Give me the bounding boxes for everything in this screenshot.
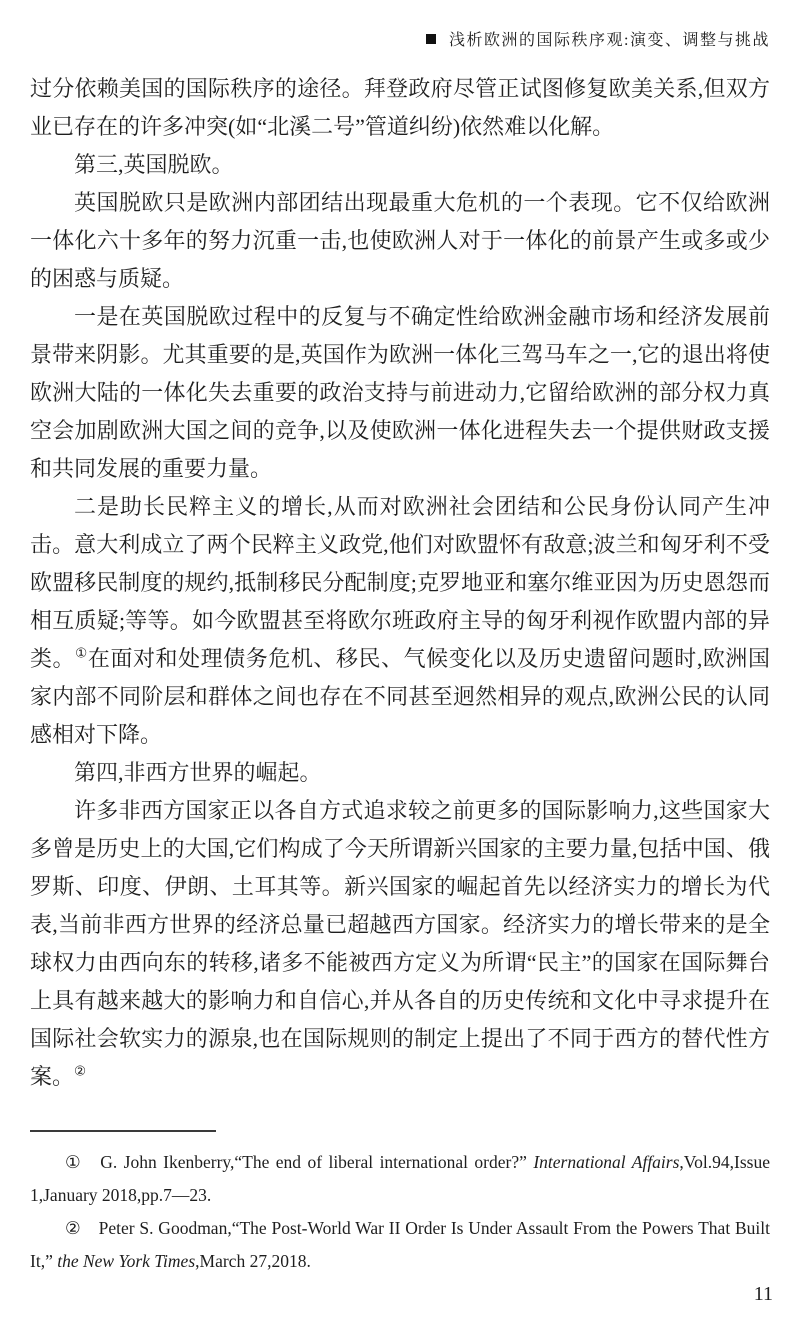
page-number: 11 <box>754 1283 773 1306</box>
footnote-item: ① G. John Ikenberry,“The end of liberal … <box>30 1146 770 1212</box>
footnotes: ① G. John Ikenberry,“The end of liberal … <box>30 1146 770 1278</box>
footnote-item: ② Peter S. Goodman,“The Post-World War I… <box>30 1212 770 1278</box>
body-paragraph: 第四,非西方世界的崛起。 <box>30 754 770 792</box>
body-text: 过分依赖美国的国际秩序的途径。拜登政府尽管正试图修复欧美关系,但双方业已存在的许… <box>30 70 770 1096</box>
footnote-ref: ② <box>74 1064 86 1079</box>
italic-text: International Affairs <box>533 1152 679 1172</box>
body-paragraph: 英国脱欧只是欧洲内部团结出现最重大危机的一个表现。它不仅给欧洲一体化六十多年的努… <box>30 184 770 298</box>
footnote-separator <box>30 1130 216 1132</box>
body-paragraph: 许多非西方国家正以各自方式追求较之前更多的国际影响力,这些国家大多曾是历史上的大… <box>30 792 770 1096</box>
running-header: 浅析欧洲的国际秩序观:演变、调整与挑战 <box>30 27 770 50</box>
body-paragraph: 一是在英国脱欧过程中的反复与不确定性给欧洲金融市场和经济发展前景带来阴影。尤其重… <box>30 298 770 488</box>
footnote-ref: ① <box>75 646 88 661</box>
body-paragraph: 第三,英国脱欧。 <box>30 146 770 184</box>
italic-text: the New York Times <box>57 1251 195 1271</box>
body-paragraph: 过分依赖美国的国际秩序的途径。拜登政府尽管正试图修复欧美关系,但双方业已存在的许… <box>30 70 770 146</box>
square-bullet-icon <box>426 34 436 44</box>
body-paragraph: 二是助长民粹主义的增长,从而对欧洲社会团结和公民身份认同产生冲击。意大利成立了两… <box>30 488 770 754</box>
running-header-title: 浅析欧洲的国际秩序观:演变、调整与挑战 <box>449 32 770 49</box>
document-page: 浅析欧洲的国际秩序观:演变、调整与挑战 过分依赖美国的国际秩序的途径。拜登政府尽… <box>0 0 801 1331</box>
